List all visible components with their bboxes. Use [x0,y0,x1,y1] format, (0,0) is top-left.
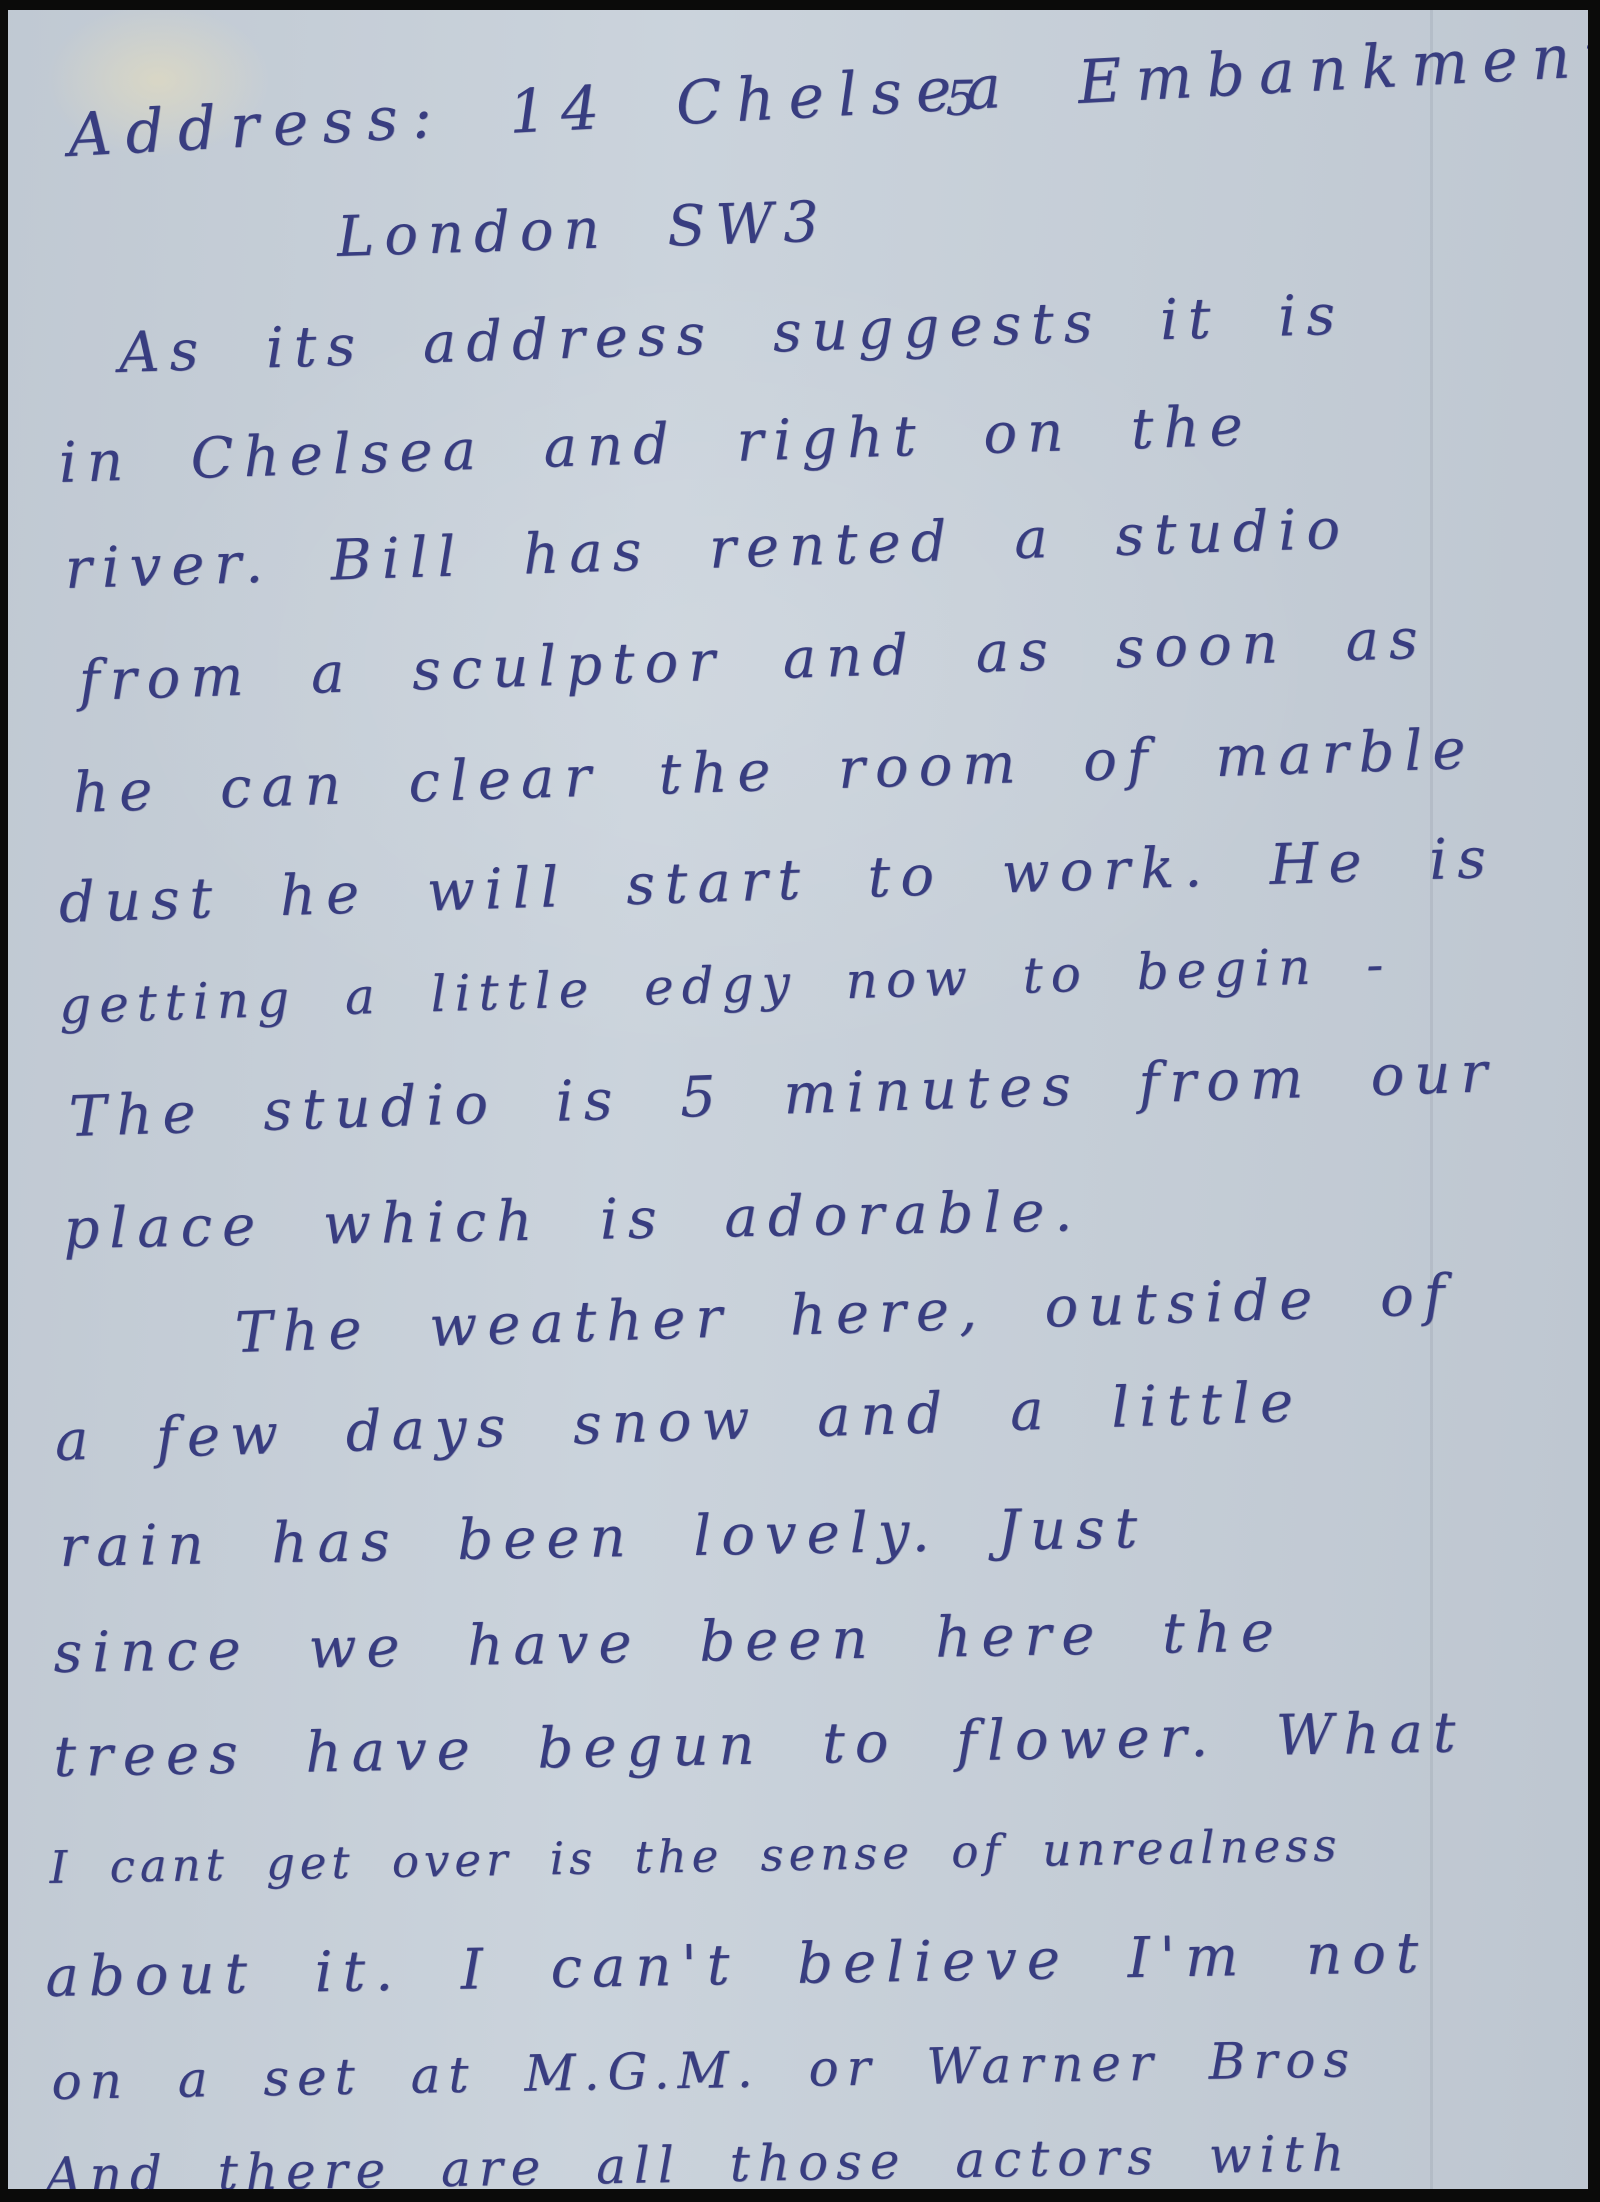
handwritten-line: The weather here, outside of [234,1264,1455,1367]
handwritten-line: trees have begun to flower. What [53,1701,1466,1790]
handwritten-line: a few days snow and a little [54,1371,1304,1475]
handwritten-line-address: Address: 14 Chelsea Embankment [66,21,1588,171]
handwritten-line: rain has been lovely. Just [59,1497,1148,1580]
scan-frame: 5 Address: 14 Chelsea Embankment London … [0,0,1600,2202]
handwritten-line: And there are all those actors with [45,2125,1352,2189]
handwritten-line-city: London SW3 [336,191,830,271]
handwritten-line: he can clear the room of marble [72,718,1476,826]
handwritten-line: dust he will start to work. He is [58,827,1497,937]
handwritten-line: about it. I can't believe I'm not [45,1922,1429,2011]
handwritten-line: As its address suggests it is [118,284,1346,387]
handwritten-line: on a set at M.G.M. or Warner Bros [51,2031,1358,2111]
handwritten-line: in Chelsea and right on the [58,395,1254,497]
letter-page: 5 Address: 14 Chelsea Embankment London … [8,10,1588,2189]
handwritten-line: getting a little edgy now to begin - [58,936,1392,1035]
handwritten-line: river. Bill has rented a studio [64,498,1351,603]
handwritten-line: from a sculptor and as soon as [78,608,1429,715]
handwritten-line: The studio is 5 minutes from our [68,1041,1498,1150]
handwritten-line: since we have been here the [53,1601,1284,1687]
handwritten-line: I cant get over is the sense of unrealne… [49,1819,1342,1893]
handwritten-line: place which is adorable. [63,1180,1083,1262]
